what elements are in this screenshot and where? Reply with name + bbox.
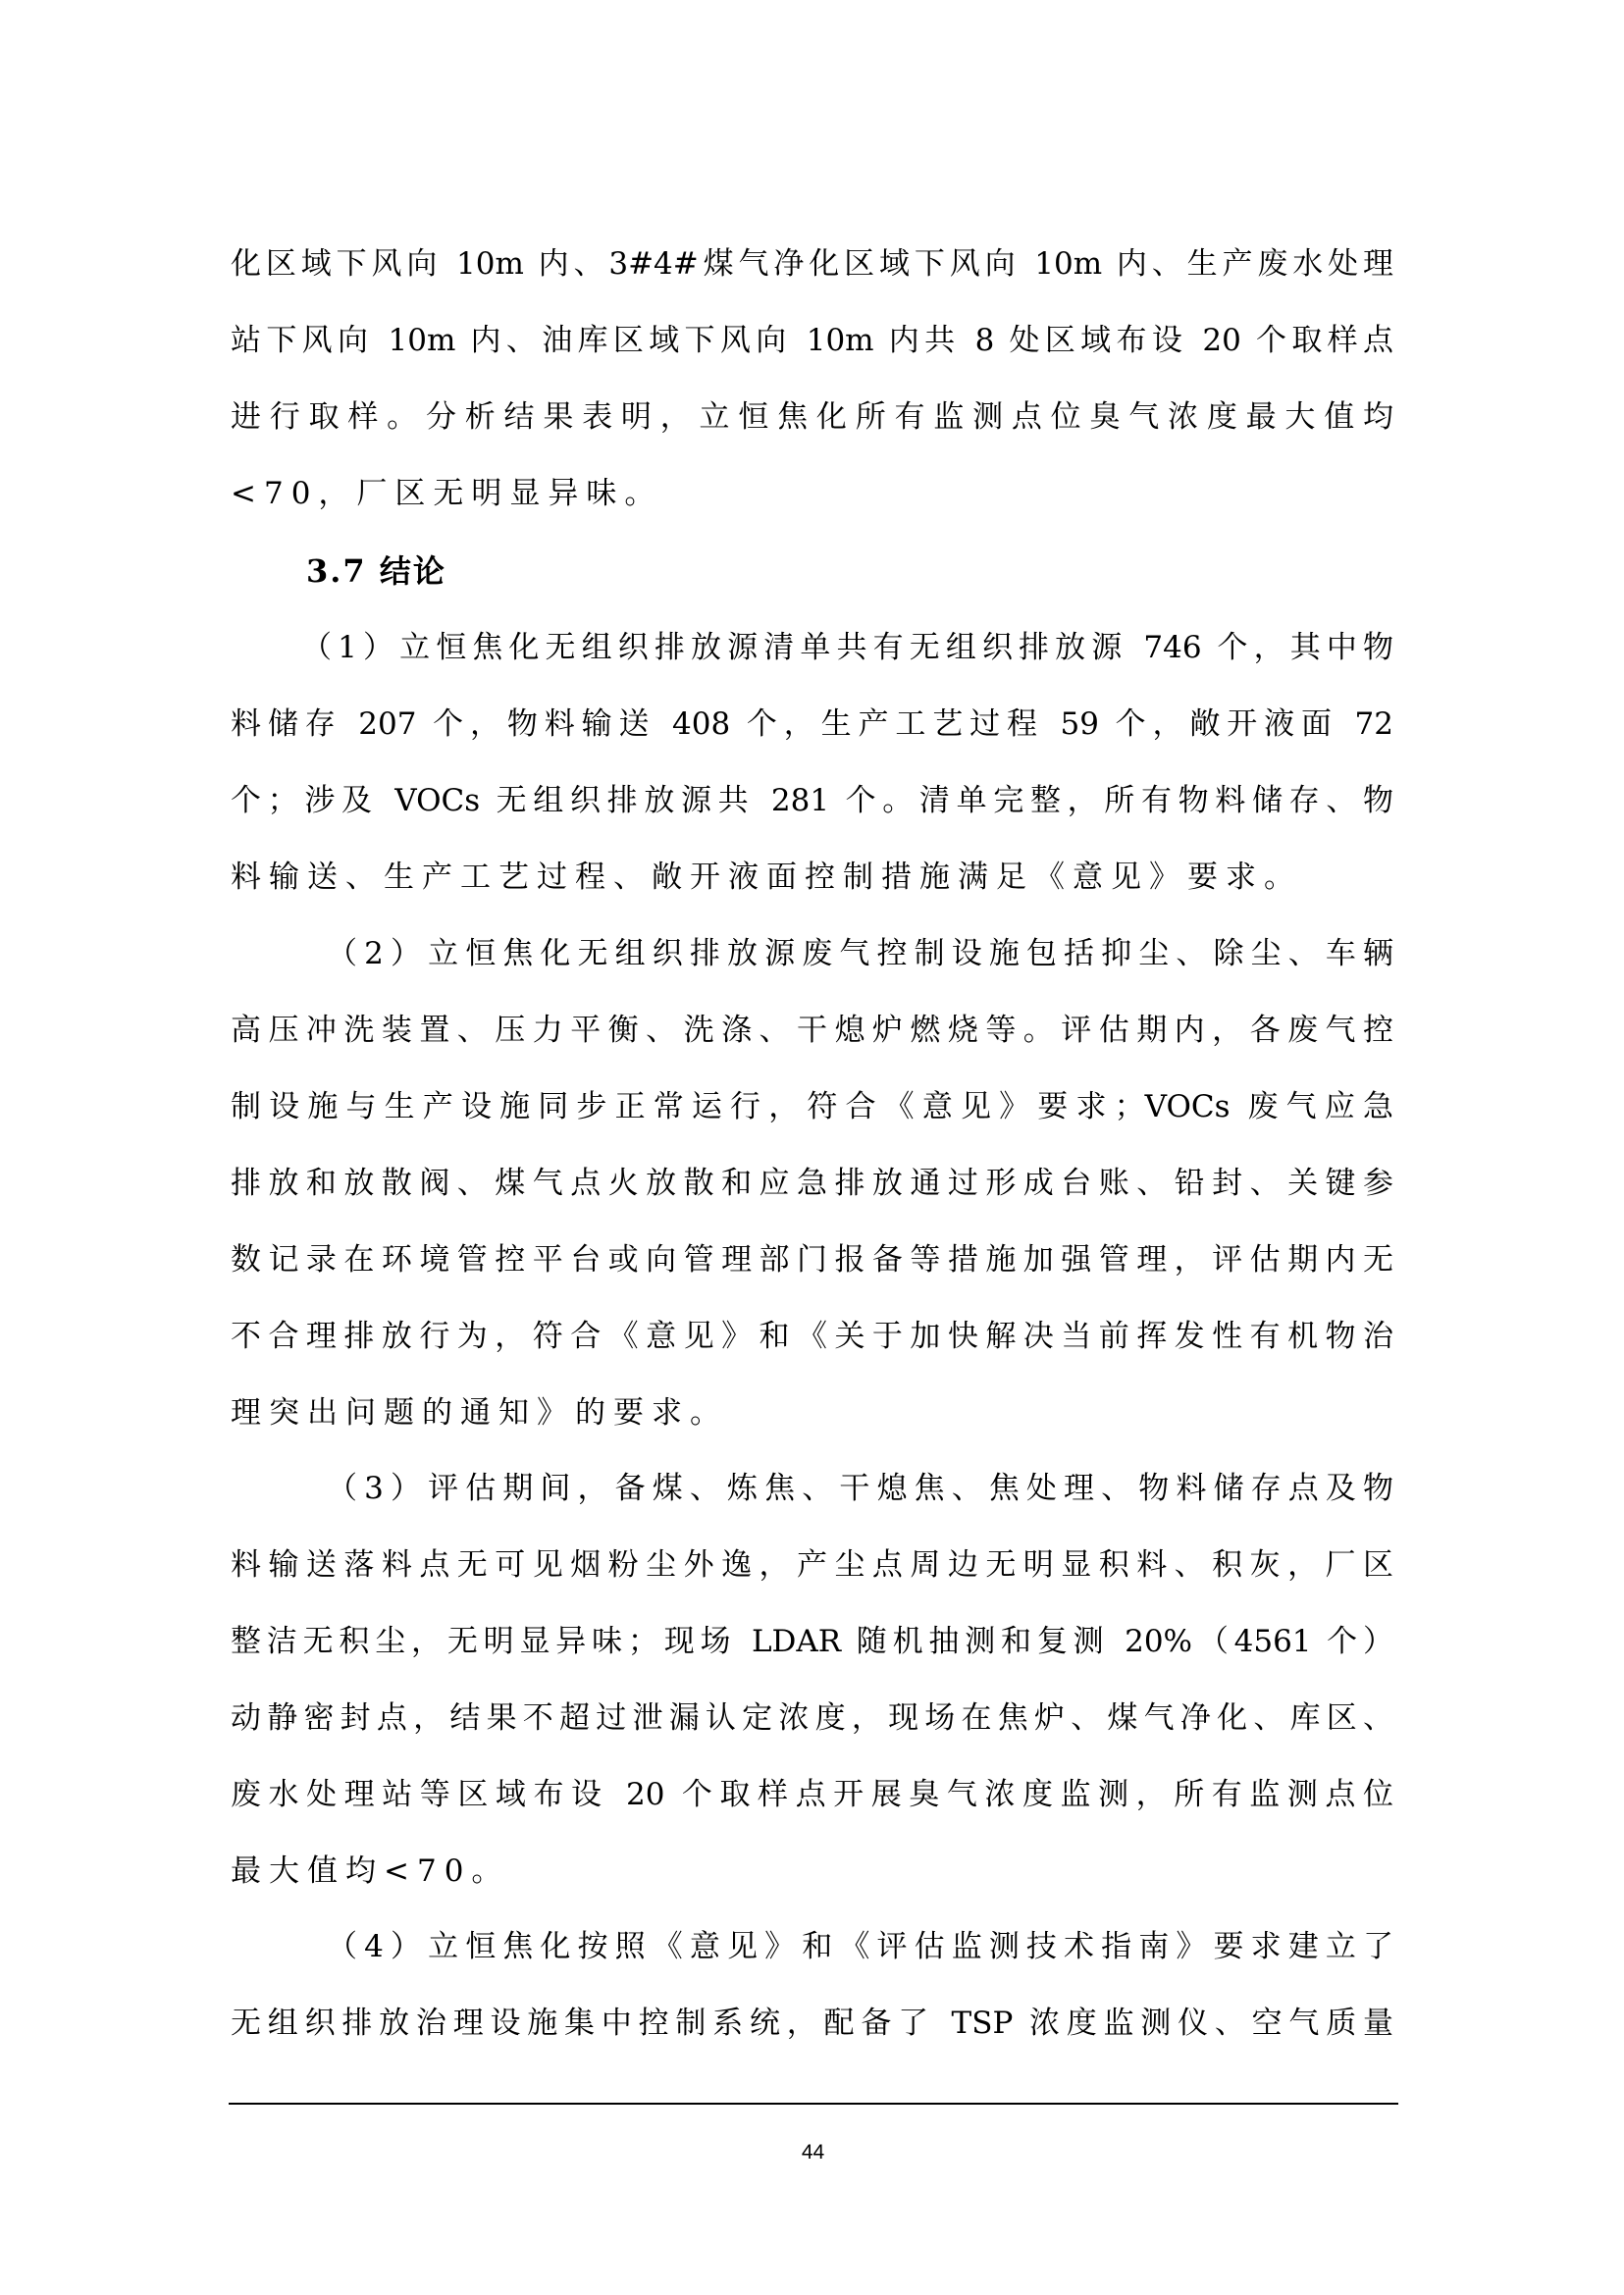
- section-heading: 3.7 结论: [306, 533, 446, 609]
- document-page: 化区域下风向 10m 内、3#4#煤气净化区域下风向 10m 内、生产废水处理 …: [0, 0, 1624, 2295]
- paragraph-3-line: （3）评估期间，备煤、炼焦、干熄焦、焦处理、物料储存点及物: [327, 1450, 1393, 1527]
- paragraph-2-line: （2）立恒焦化无组织排放源废气控制设施包括抑尘、除尘、车辆: [327, 915, 1393, 992]
- paragraph-1-line: 个；涉及 VOCs 无组织排放源共 281 个。清单完整，所有物料储存、物: [231, 762, 1393, 839]
- paragraph-2-line: 高压冲洗装置、压力平衡、洗涤、干熄炉燃烧等。评估期内，各废气控: [231, 992, 1393, 1069]
- paragraph-2-line: 制设施与生产设施同步正常运行，符合《意见》要求；VOCs 废气应急: [231, 1069, 1393, 1145]
- paragraph-3-line: 料输送落料点无可见烟粉尘外逸，产尘点周边无明显积料、积灰，厂区: [231, 1527, 1393, 1603]
- paragraph-3-line: 最大值均<70。: [231, 1833, 1393, 1909]
- paragraph-4-line: （4）立恒焦化按照《意见》和《评估监测技术指南》要求建立了: [327, 1908, 1393, 1985]
- paragraph-4-line: 无组织排放治理设施集中控制系统，配备了 TSP 浓度监测仪、空气质量: [231, 1985, 1393, 2061]
- paragraph-2-line: 不合理排放行为，符合《意见》和《关于加快解决当前挥发性有机物治: [231, 1298, 1393, 1375]
- paragraph-1-line: （1）立恒焦化无组织排放源清单共有无组织排放源 746 个，其中物: [301, 609, 1393, 686]
- paragraph-line: 站下风向 10m 内、油库区域下风向 10m 内共 8 处区域布设 20 个取样…: [231, 302, 1393, 379]
- paragraph-3-line: 动静密封点，结果不超过泄漏认定浓度，现场在焦炉、煤气净化、库区、: [231, 1680, 1393, 1756]
- paragraph-3-line: 整洁无积尘，无明显异味；现场 LDAR 随机抽测和复测 20%（4561 个）: [231, 1603, 1393, 1680]
- paragraph-3-line: 废水处理站等区域布设 20 个取样点开展臭气浓度监测，所有监测点位: [231, 1756, 1393, 1833]
- paragraph-line: <70，厂区无明显异味。: [231, 455, 1393, 532]
- paragraph-2-line: 排放和放散阀、煤气点火放散和应急排放通过形成台账、铅封、关键参: [231, 1145, 1393, 1222]
- paragraph-2-line: 理突出问题的通知》的要求。: [231, 1375, 1393, 1451]
- paragraph-line: 化区域下风向 10m 内、3#4#煤气净化区域下风向 10m 内、生产废水处理: [231, 226, 1393, 302]
- paragraph-line: 进行取样。分析结果表明，立恒焦化所有监测点位臭气浓度最大值均: [231, 379, 1393, 455]
- paragraph-2-line: 数记录在环境管控平台或向管理部门报备等措施加强管理，评估期内无: [231, 1222, 1393, 1298]
- page-number: 44: [0, 2141, 1624, 2165]
- footer-divider: [229, 2103, 1398, 2105]
- paragraph-1-line: 料输送、生产工艺过程、敞开液面控制措施满足《意见》要求。: [231, 839, 1393, 915]
- paragraph-1-line: 料储存 207 个，物料输送 408 个，生产工艺过程 59 个，敞开液面 72: [231, 686, 1393, 762]
